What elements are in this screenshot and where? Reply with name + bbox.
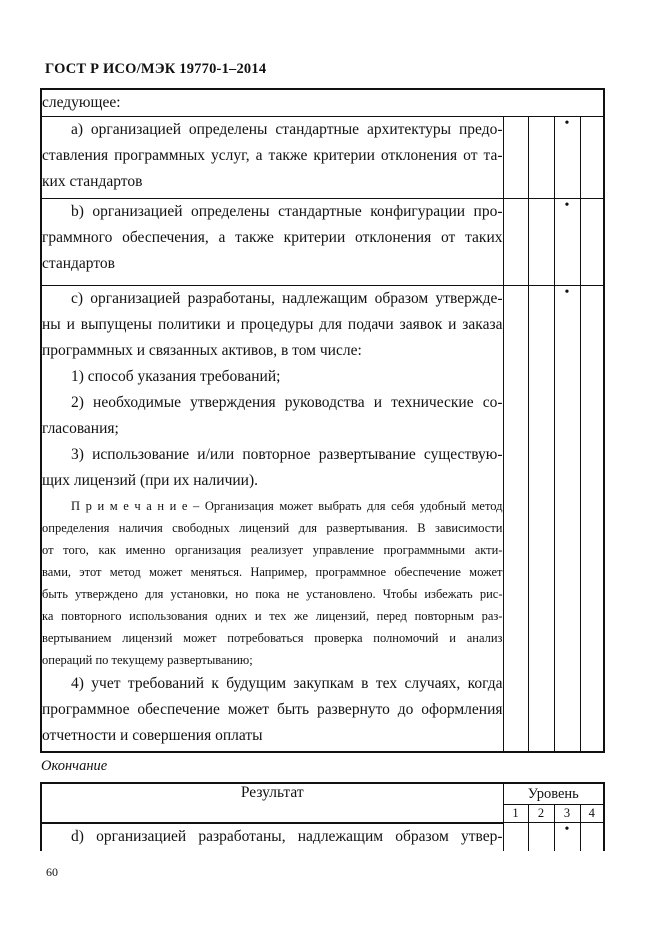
text-line: программных и связанных активов, в том ч… [42,338,503,364]
level-4-cell [580,199,604,286]
page-number: 60 [46,865,58,880]
result-row-d: d) организацией разработаны, надлежащим … [41,823,604,852]
result-row-b: b) организацией определены стандартные к… [41,199,604,286]
level-2-cell [528,823,554,852]
text-line: 2) необходимые утверждения руководства и… [42,390,503,416]
level-number-header-1: 1 [503,805,528,823]
level-2-cell [528,117,554,199]
bullet-marker: • [565,198,570,213]
text-line: 1) способ указания требований; [42,364,503,390]
results-header-row: Результат Уровень [41,783,604,805]
bullet-marker: • [565,116,570,131]
text-line: стандартов [42,251,503,277]
text-line: вами, этот метод может меняться. Наприме… [42,561,503,583]
results-table: Результат Уровень 1 2 3 4 d) организацие… [40,782,605,851]
text-line: d) организацией разработаны, надлежащим … [42,824,503,850]
text-line: c) организацией разработаны, надлежащим … [42,286,503,312]
text-line: щих лицензий (при их наличии). [42,468,503,494]
text-line: 4) учет требований к будущим закупкам в … [42,671,503,697]
continuation-table: следующее: a) организацией определены ст… [40,88,605,753]
text-line: операций по текущему развертыванию; [42,649,503,671]
level-number-header-4: 4 [580,805,604,823]
continuation-label: Окончание [41,758,107,775]
text-line: быть утверждено для установки, но пока н… [42,583,503,605]
text-line: вертыванием лицензий может потребоваться… [42,627,503,649]
text-line: определения наличия свободных лицензий д… [42,517,503,539]
result-text-cell-a: a) организацией определены стандартные а… [41,117,503,199]
intro-row: следующее: [41,89,604,117]
result-column-header: Результат [41,783,503,823]
level-3-cell: • [554,199,580,286]
level-number-header-2: 2 [528,805,554,823]
level-1-cell [503,823,528,852]
text-line: граммного обеспечения, а также критерии … [42,225,503,251]
document-header: ГОСТ Р ИСО/МЭК 19770-1–2014 [45,61,266,78]
level-4-cell [580,286,604,753]
intro-cell: следующее: [41,89,604,117]
level-2-cell [528,199,554,286]
document-page: ГОСТ Р ИСО/МЭК 19770-1–2014 следующее: a… [0,0,661,936]
text-line: гласования; [42,416,503,442]
result-text-cell-c: c) организацией разработаны, надлежащим … [41,286,503,753]
text-line: П р и м е ч а н и е – Организация может … [42,495,503,517]
note-paragraph: П р и м е ч а н и е – Организация может … [42,494,503,671]
result-row-a: a) организацией определены стандартные а… [41,117,604,199]
result-text-cell-b: b) организацией определены стандартные к… [41,199,503,286]
text-line: ких стандартов [42,169,503,195]
level-column-header: Уровень [503,783,604,805]
bullet-marker: • [565,822,570,837]
result-row-c: c) организацией разработаны, надлежащим … [41,286,604,753]
level-1-cell [503,286,528,753]
level-3-cell: • [554,823,580,852]
level-3-cell: • [554,286,580,753]
level-4-cell [580,117,604,199]
level-3-cell: • [554,117,580,199]
level-number-header-3: 3 [554,805,580,823]
bullet-marker: • [565,285,570,300]
level-1-cell [503,117,528,199]
text-line: ны и выпущены политики и процедуры для п… [42,312,503,338]
text-line: от того, как именно организация реализуе… [42,539,503,561]
text-line: ставления программных услуг, а также кри… [42,143,503,169]
level-1-cell [503,199,528,286]
text-line: следующее: [42,90,603,116]
text-line: 3) использование и/или повторное разверт… [42,442,503,468]
text-line: отчетности и совершения оплаты [42,723,503,749]
level-2-cell [528,286,554,753]
result-text-cell-d: d) организацией разработаны, надлежащим … [41,823,503,852]
level-4-cell [580,823,604,852]
text-line: ка повторного использования одних и тех … [42,605,503,627]
text-line: a) организацией определены стандартные а… [42,117,503,143]
text-line: программное обеспечение может быть разве… [42,697,503,723]
text-line: b) организацией определены стандартные к… [42,199,503,225]
